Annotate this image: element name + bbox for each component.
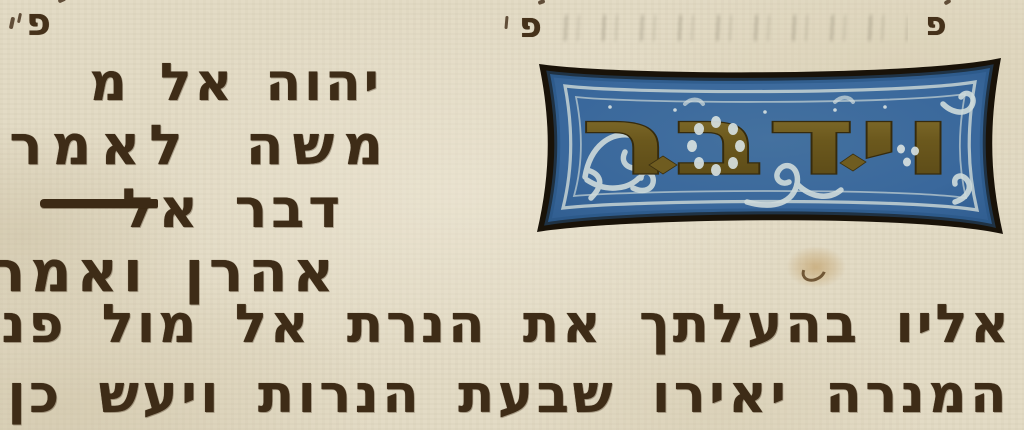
parashah-marker-right: פ — [925, 4, 947, 43]
scribal-mark — [17, 13, 22, 23]
ghost-text-showthrough — [556, 4, 908, 50]
text-line-5: אליו בהעלתך את הנרת אל מול פני — [0, 297, 1012, 353]
text-line-2: משה לאמר — [9, 117, 392, 175]
scribal-mark — [58, 0, 67, 4]
scribal-mark — [538, 0, 546, 5]
parashah-marker-left: פ — [26, 0, 51, 44]
text-line-1: יהוה אל מ — [89, 56, 382, 111]
scribal-mark — [9, 17, 15, 30]
panel-gold-word: וידבר — [580, 85, 955, 197]
text-line-6: המנרה יאירו שבעת הנרות ויעש כן — [7, 367, 1010, 423]
scribal-mark — [943, 0, 951, 5]
illuminated-panel: וידבר — [535, 52, 1005, 240]
text-line-3: דבר אל — [122, 181, 344, 238]
manuscript-page: פ פ פ — [0, 0, 1024, 430]
scribal-mark — [504, 16, 508, 29]
parashah-marker-middle: פ — [519, 6, 542, 46]
line-filler-stroke — [40, 199, 158, 208]
illuminated-panel-art: וידבר — [535, 52, 1005, 240]
